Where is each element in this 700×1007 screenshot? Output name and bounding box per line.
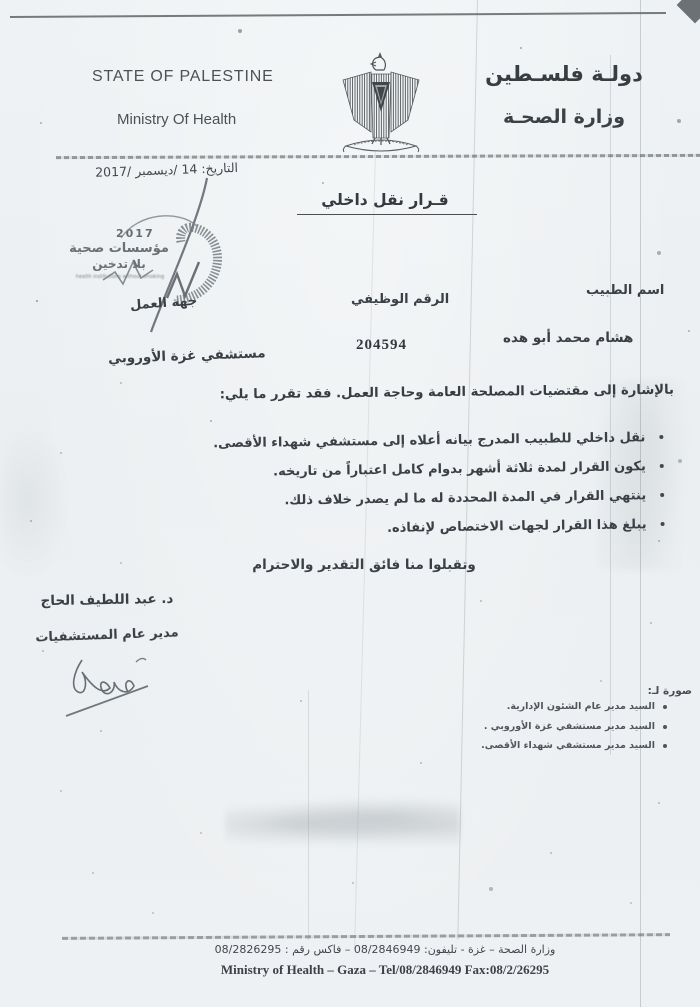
decision-bullet-text: يكون القرار لمدة ثلاثة أشهر بدوام كامل ا… [273,459,646,479]
closing-courtesy-line: وتقبلوا منا فائق التقدير والاحترام [240,557,488,573]
cc-item-text: السيد مدير عام الشئون الإدارية. [507,701,655,712]
scan-smudge [0,420,70,580]
ink-bleed-smudge [225,798,460,846]
column-header-doctor-name: اسم الطبيب [586,283,664,298]
letterhead-ministry-ar: وزارة الصحـة [478,106,650,128]
bullet-dot [663,744,667,748]
decision-bullet-list: نقل داخلي للطبيب المدرج بيانه أعلاه إلى … [227,423,671,545]
bullet-dot [661,522,665,526]
cc-item-text: السيد مدير مستشفي غزة الأوروبي . [484,721,655,732]
job-number-value: 204594 [356,337,407,354]
scan-noise-speckles [0,0,2,2]
handwritten-signature-icon [52,642,192,726]
bullet-dot [663,725,667,729]
footer-contact-english: Ministry of Health – Gaza – Tel/08/28469… [195,962,575,978]
no-smoking-stamp-icon [95,172,245,348]
scan-edge-line [10,12,666,18]
bullet-dot [660,493,664,497]
letterhead-state-ar: دولـة فلسـطين [478,62,650,86]
cc-item-text: السيد مدير مستشفي شهداء الأقصى. [481,740,655,751]
scanned-document-page: STATE OF PALESTINE Ministry Of Health دو… [0,0,700,1007]
workplace-value: مستشفي غزة الأوروبي [108,345,266,366]
decision-bullet-text: ينتهي القرار في المدة المحددة له ما لم ي… [284,488,646,508]
decision-bullet-text: يبلغ هذا القرار لجهات الاختصاص لإنفاذه. [387,517,647,536]
doctor-name-value: هشام محمد أبو هده [503,330,633,346]
scan-corner-artifact [677,0,700,23]
palestine-eagle-emblem-icon [330,50,432,164]
footer-contact-arabic: وزارة الصحة – غزة - تليفون: 08/2846949 –… [210,943,560,956]
decision-bullet: يبلغ هذا القرار لجهات الاختصاص لإنفاذه. [228,510,670,545]
column-header-job-number: الرقم الوظيفي [351,292,449,307]
bullet-dot [663,705,667,709]
signatory-name: د. عبد اللطيف الحاج [18,590,196,609]
decision-bullet-text: نقل داخلي للطبيب المدرج بيانه أعلاه إلى … [213,430,645,451]
document-title: قـرار نقل داخلي [297,191,477,215]
cc-item: السيد مدير عام الشئون الإدارية. [440,701,669,712]
bullet-dot [660,464,664,468]
letterhead-state-en: STATE OF PALESTINE [92,68,274,86]
footer-separator-line [62,933,670,940]
cc-item: السيد مدير مستشفي غزة الأوروبي . [440,721,669,732]
cc-item: السيد مدير مستشفي شهداء الأقصى. [440,740,669,751]
bullet-dot [659,435,663,439]
letterhead-ministry-en: Ministry Of Health [117,111,236,128]
cc-list-label: صورة لـ: [492,685,692,697]
